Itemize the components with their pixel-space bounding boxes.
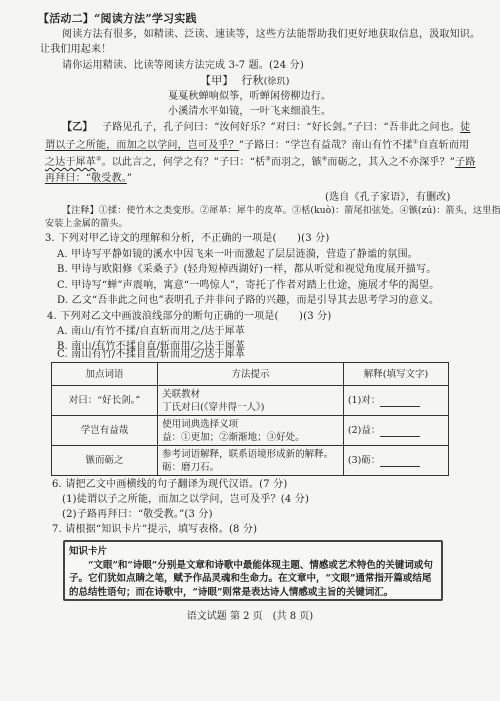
underlined-sentence-1: 谓以子之所能，而加之以学问，岂可及乎？: [45, 140, 239, 151]
q3-option-c[interactable]: C. 甲诗写“蝉”声震响，寓意“一鸣惊人”，寄托了作者对踏上仕途，施展才华的渴望…: [57, 279, 439, 292]
answer-cell: (2)益：: [343, 416, 448, 446]
poem-jia-author: (徐玑): [264, 77, 290, 87]
method-detail: 砺：磨刀石。: [162, 461, 339, 474]
text-yi-line-3d: 而砺之，其入之不亦深乎？”: [327, 157, 455, 168]
method-detail: 丁氏对曰(《穿井得一人》): [162, 401, 339, 414]
intro-line-2: 让我们用起来！: [40, 43, 111, 56]
wavy-underlined-text: 之达于犀革: [45, 157, 96, 168]
answer-blank[interactable]: [380, 426, 420, 437]
answer-label: (3)砺：: [348, 455, 380, 466]
method-hint: 参考词语解释，联系语境形成新的解释。 砺：磨刀石。: [158, 446, 344, 476]
method-title: 关联教材: [162, 388, 339, 401]
q3-option-a[interactable]: A. 甲诗写平静如镜的溪水中因飞来一叶而激起了层层涟漪，营造了静谧的氛围。: [57, 248, 418, 261]
text-yi-line-3b: 。以此言之，何学之有？”子曰：“栝: [102, 157, 266, 168]
q4-option-a[interactable]: A. 南山/有竹不揉/自直斩而用之/达于犀革: [57, 325, 245, 338]
answer-label: (1)对：: [348, 395, 380, 406]
text-yi-line-1: 【乙】 子路见孔子，孔子问曰：“汝何好乐？”对曰：“好长剑。”子曰：“吾非此之问…: [62, 121, 470, 134]
method-detail: 益：①更加；②渐渐地；③好处。: [162, 431, 339, 444]
text-yi-line-4b: ”: [127, 173, 132, 184]
q4-option-c[interactable]: C. 南山有竹/不揉自直/斩而用之/达于犀革: [57, 348, 245, 361]
annotation-line-1: 【注释】①揉：使竹木之类变形。②犀革：犀牛的皮革。③栝(kuò)：箭尾扣弦处。④…: [62, 205, 500, 218]
q3-option-b[interactable]: B. 甲诗与欧阳修《采桑子》(轻舟短棹西湖好)一样，都从听觉和视觉角度展开描写。: [57, 263, 437, 276]
knowledge-card-body: “文眼”和“诗眼”分别是文章和诗歌中最能体现主题、情感或艺术特色的关键词或句子。…: [69, 559, 437, 600]
text-yi-line-4: 再拜曰：“敬受教。”: [45, 172, 132, 185]
method-title: 参考词语解释，联系语境形成新的解释。: [162, 448, 339, 461]
activity-heading: 【活动二】“阅读方法”学习实践: [38, 12, 197, 25]
answer-blank[interactable]: [380, 396, 420, 407]
table-row: 学岂有益哉 使用词典选择义项 益：①更加；②渐渐地；③好处。 (2)益：: [52, 416, 449, 446]
table-row: 镞而砺之 参考词语解释，联系语境形成新的解释。 砺：磨刀石。 (3)砺：: [52, 446, 449, 476]
intro-line-1: 阅读方法有很多，如精读、泛读、速读等，这些方法能帮助我们更好地获取信息，汲取知识…: [62, 28, 480, 41]
underlined-sentence-start: 徒: [460, 122, 470, 133]
poem-jia-line-1: 戛戛秋蝉响似筝，听蝉闲傍柳边行。: [168, 90, 331, 103]
text-yi-line-1a: 子路见孔子，孔子问曰：“汝何好乐？”对曰：“好长剑。”子曰：“吾非此之问也。: [102, 122, 460, 133]
poem-jia-label: 【甲】: [200, 74, 234, 87]
knowledge-card-title: 知识卡片: [69, 545, 437, 559]
text-yi-line-3c: 而羽之，镞: [271, 157, 322, 168]
table-header-cell: 加点词语: [52, 363, 158, 386]
q6-item-2: (2)子路再拜曰：“敬受教。”(3 分): [62, 508, 213, 521]
page-footer: 语文试题 第 2 页 (共 8 页): [0, 607, 500, 622]
poem-jia-line-2: 小溪清水平如镜，一叶飞来细浪生。: [168, 105, 331, 118]
poem-jia-title: 行秋: [241, 74, 263, 87]
instruction: 请你运用精读、比读等阅读方法完成 3-7 题。(24 分): [62, 59, 304, 72]
q4-stem: 4. 下列对乙文中画波浪线部分的断句正确的一项是( )(3 分): [47, 310, 331, 323]
text-yi-label: 【乙】: [62, 122, 93, 133]
text-yi-source: (选自《孔子家语》，有删改): [325, 191, 451, 204]
table-header-cell: 解释(填写文字): [343, 363, 448, 386]
answer-blank[interactable]: [380, 456, 420, 467]
knowledge-card: 知识卡片 “文眼”和“诗眼”分别是文章和诗歌中最能体现主题、情感或艺术特色的关键…: [63, 540, 443, 601]
q7-stem: 7. 请根据“知识卡片”提示，填写表格。(8 分): [52, 523, 257, 536]
method-hint: 关联教材 丁氏对曰(《穿井得一人》): [158, 386, 344, 416]
method-title: 使用词典选择义项: [162, 418, 339, 431]
answer-label: (2)益：: [348, 425, 380, 436]
underlined-sentence-2: 再拜曰：“敬受教。: [45, 173, 127, 184]
table-header-cell: 方法提示: [158, 363, 344, 386]
q6-stem: 6. 请把乙文中画横线的句子翻译为现代汉语。(7 分): [52, 478, 287, 491]
method-hint: 使用词典选择义项 益：①更加；②渐渐地；③好处。: [158, 416, 344, 446]
text-yi-line-2b: ”子路曰：“学岂有益哉？南山有竹不揉: [239, 140, 413, 151]
annotation-line-2: 安装上金属的箭头。: [45, 218, 128, 231]
q3-stem: 3. 下列对甲乙诗文的理解和分析，不正确的一项是( )(3 分): [45, 232, 329, 245]
dotted-word: 对曰：“好长剑。”: [52, 386, 158, 416]
q3-option-d[interactable]: D. 乙文“吾非此之问也”表明孔子并非问子路的兴趣，而是引导其去思考学习的意义。: [57, 294, 439, 307]
table-header-row: 加点词语 方法提示 解释(填写文字): [52, 363, 449, 386]
text-yi-line-3: 之达于犀革②。以此言之，何学之有？”子曰：“栝③而羽之，镞④而砺之，其入之不亦深…: [45, 156, 476, 169]
underlined-sentence-2-start: 子路: [455, 157, 475, 168]
table-row: 对曰：“好长剑。” 关联教材 丁氏对曰(《穿井得一人》) (1)对：: [52, 386, 449, 416]
q5-table: 加点词语 方法提示 解释(填写文字) 对曰：“好长剑。” 关联教材 丁氏对曰(《…: [51, 362, 449, 476]
q6-item-1: (1)徒谓以子之所能，而加之以学问，岂可及乎？(4 分): [62, 493, 309, 506]
answer-cell: (1)对：: [343, 386, 448, 416]
poem-jia-heading: 【甲】 行秋(徐玑): [200, 74, 290, 89]
text-yi-line-2c: 自直斩而用: [418, 140, 469, 151]
dotted-word: 学岂有益哉: [52, 416, 158, 446]
dotted-word: 镞而砺之: [52, 446, 158, 476]
text-yi-line-2: 谓以子之所能，而加之以学问，岂可及乎？”子路曰：“学岂有益哉？南山有竹不揉①自直…: [45, 139, 469, 152]
answer-cell: (3)砺：: [343, 446, 448, 476]
